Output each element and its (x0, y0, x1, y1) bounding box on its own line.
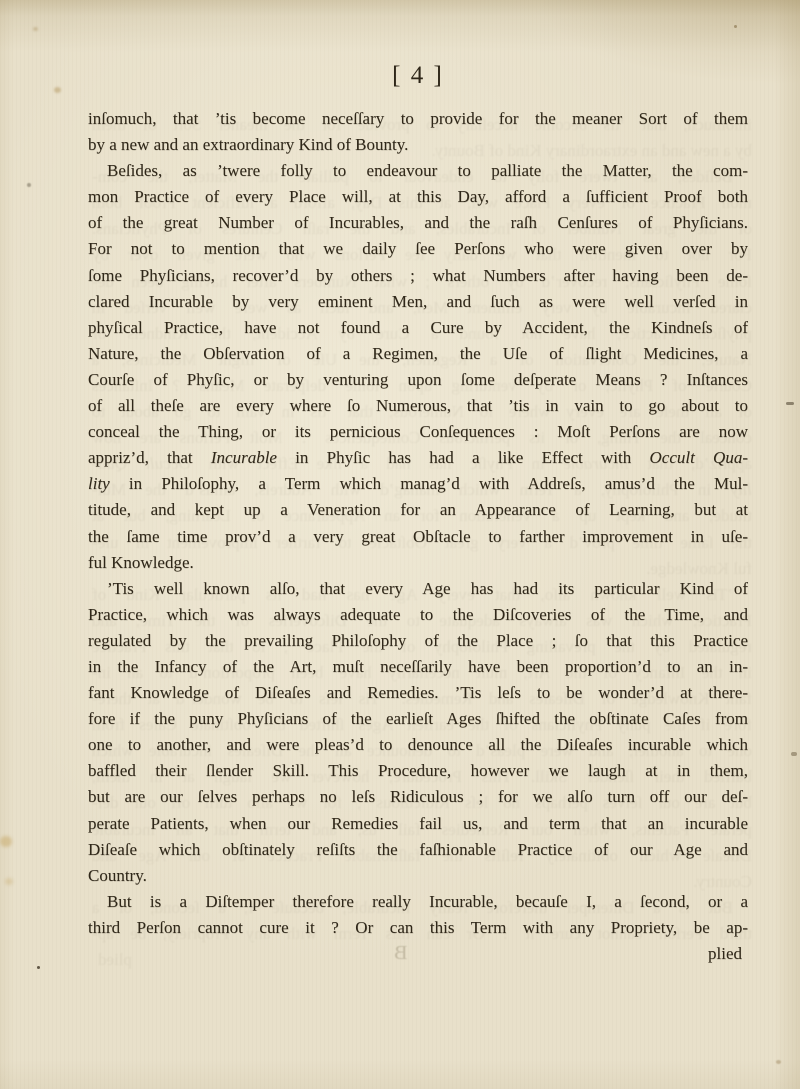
text-segment: Nature, the Obſervation of a Regimen, th… (88, 344, 748, 363)
text-line: baffled their ſlender Skill. This Proced… (88, 758, 748, 784)
text-line: Diſeaſe which obſtinately reſiſts the fa… (88, 837, 748, 863)
text-segment: But is a Diſtemper therefore really Incu… (107, 892, 748, 911)
text-segment: in Philoſophy, a Term which manag’d with… (110, 474, 748, 493)
text-line: appriz’d, that Incurable in Phyſic has h… (88, 445, 748, 471)
text-segment: fant Knowledge of Diſeaſes and Remedies.… (88, 683, 748, 702)
text-line: Practice, which was always adequate to t… (88, 602, 748, 628)
italic-text-segment: lity (88, 474, 110, 493)
foxing-spot (0, 836, 12, 847)
text-line: fant Knowledge of Diſeaſes and Remedies.… (88, 680, 748, 706)
text-segment: Diſeaſe which obſtinately reſiſts the fa… (88, 840, 748, 859)
text-segment: conceal the Thing, or its pernicious Con… (88, 422, 748, 441)
ink-speck (37, 966, 40, 969)
italic-text-segment: Occult Qua- (650, 448, 749, 467)
ink-speck (791, 752, 797, 756)
text-segment: by a new and an extraordinary Kind of Bo… (88, 135, 408, 154)
text-line: mon Practice of every Place will, at thi… (88, 184, 748, 210)
text-segment: of the great Number of Incurables, and t… (88, 213, 748, 232)
foxing-spot (54, 87, 61, 93)
text-line: ful Knowledge. (88, 550, 748, 576)
text-segment: the ſame time prov’d a very great Obſtac… (88, 527, 748, 546)
text-segment: clared Incurable by very eminent Men, an… (88, 292, 748, 311)
text-line: fore if the puny Phyſicians of the earli… (88, 706, 748, 732)
text-line: regulated by the prevailing Philoſophy o… (88, 628, 748, 654)
text-line: For not to mention that we daily ſee Per… (88, 236, 748, 262)
text-segment: in Phyſic has had a like Effect with (277, 448, 650, 467)
text-segment: but are our ſelves perhaps no leſs Ridic… (88, 787, 748, 806)
text-segment: third Perſon cannot cure it ? Or can thi… (88, 918, 748, 937)
text-segment: ’Tis well known alſo, that every Age has… (107, 579, 748, 598)
text-segment: Beſides, as ’twere folly to endeavour to… (107, 161, 748, 180)
text-segment: ſome Phyſicians, recover’d by others ; w… (88, 266, 748, 285)
text-segment: Country. (88, 866, 147, 885)
text-line: Country. (88, 863, 748, 889)
text-segment: For not to mention that we daily ſee Per… (88, 239, 748, 258)
text-line: conceal the Thing, or its pernicious Con… (88, 419, 748, 445)
ink-speck (786, 402, 794, 405)
text-line: but are our ſelves perhaps no leſs Ridic… (88, 784, 748, 810)
text-line: phyſical Practice, have not found a Cure… (88, 315, 748, 341)
text-segment: regulated by the prevailing Philoſophy o… (88, 631, 748, 650)
text-line: by a new and an extraordinary Kind of Bo… (88, 132, 748, 158)
text-line: one to another, and were pleas’d to deno… (88, 732, 748, 758)
body-text-block: inſomuch, that ’tis become neceſſary to … (88, 106, 748, 967)
text-line: the ſame time prov’d a very great Obſtac… (88, 524, 748, 550)
page-number: [ 4 ] (88, 62, 748, 90)
text-line: titude, and kept up a Veneration for an … (88, 497, 748, 523)
text-segment: inſomuch, that ’tis become neceſſary to … (88, 109, 748, 128)
text-line: in the Infancy of the Art, muſt neceſſar… (88, 654, 748, 680)
text-line: Beſides, as ’twere folly to endeavour to… (88, 158, 748, 184)
text-line: perate Patients, when our Remedies fail … (88, 811, 748, 837)
text-segment: of all theſe are every where ſo Numerous… (88, 396, 748, 415)
text-line: Nature, the Obſervation of a Regimen, th… (88, 341, 748, 367)
ink-speck (734, 25, 737, 28)
foxing-spot (27, 183, 31, 187)
text-line: lity in Philoſophy, a Term which manag’d… (88, 471, 748, 497)
foxing-spot (33, 27, 38, 31)
text-line: of all theſe are every where ſo Numerous… (88, 393, 748, 419)
text-segment: baffled their ſlender Skill. This Proced… (88, 761, 748, 780)
text-segment: perate Patients, when our Remedies fail … (88, 814, 748, 833)
text-segment: Practice, which was always adequate to t… (88, 605, 748, 624)
text-line: clared Incurable by very eminent Men, an… (88, 289, 748, 315)
text-segment: appriz’d, that (88, 448, 211, 467)
text-line: of the great Number of Incurables, and t… (88, 210, 748, 236)
text-segment: ful Knowledge. (88, 553, 194, 572)
text-segment: fore if the puny Phyſicians of the earli… (88, 709, 748, 728)
italic-text-segment: Incurable (211, 448, 277, 467)
foxing-spot (776, 1060, 781, 1064)
text-segment: in the Infancy of the Art, muſt neceſſar… (88, 657, 748, 676)
text-segment: Courſe of Phyſic, or by venturing upon ſ… (88, 370, 748, 389)
text-line: ’Tis well known alſo, that every Age has… (88, 576, 748, 602)
foxing-spot (5, 878, 13, 885)
text-segment: titude, and kept up a Veneration for an … (88, 500, 748, 519)
text-line: But is a Diſtemper therefore really Incu… (88, 889, 748, 915)
catchword: plied (88, 941, 748, 967)
text-segment: plied (708, 944, 742, 963)
text-line: inſomuch, that ’tis become neceſſary to … (88, 106, 748, 132)
text-segment: one to another, and were pleas’d to deno… (88, 735, 748, 754)
text-segment: mon Practice of every Place will, at thi… (88, 187, 748, 206)
text-line: ſome Phyſicians, recover’d by others ; w… (88, 263, 748, 289)
text-line: third Perſon cannot cure it ? Or can thi… (88, 915, 748, 941)
book-page-scan: inſomuch, that ’tis become neceſſary to … (0, 0, 800, 1089)
text-line: Courſe of Phyſic, or by venturing upon ſ… (88, 367, 748, 393)
text-segment: phyſical Practice, have not found a Cure… (88, 318, 748, 337)
